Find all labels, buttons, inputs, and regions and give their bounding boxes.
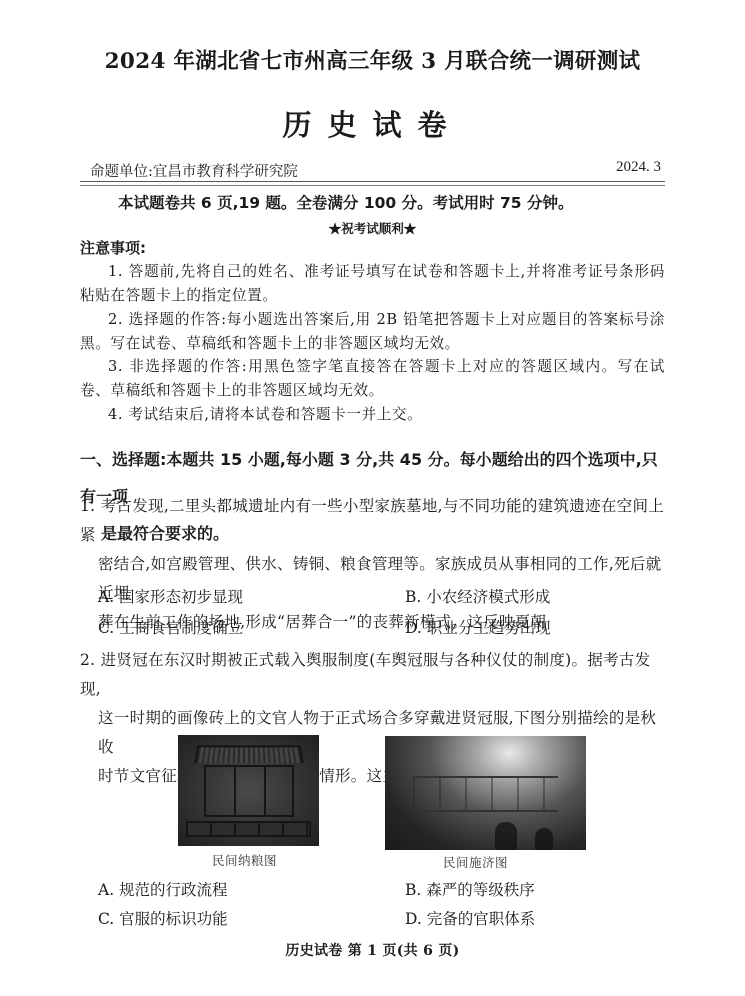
page-footer: 历史试卷 第 1 页(共 6 页) (0, 940, 745, 960)
figure-relief-distribution (385, 736, 586, 850)
q1-option-d: D. 职业分工趋势出现 (405, 616, 551, 638)
exam-info: 本试题卷共 6 页,19 题。全卷满分 100 分。考试用时 75 分钟。 (118, 191, 573, 213)
q2-option-c: C. 官服的标识功能 (98, 907, 228, 929)
question-stem-line: 1. 考古发现,二里头都城遗址内有一些小型家族墓地,与不同功能的建筑遗迹在空间上… (80, 492, 670, 550)
note-item: 2. 选择题的作答:每小题选出答案后,用 2B 铅笔把答题卡上对应题目的答案标号… (80, 308, 665, 355)
q2-option-b: B. 森严的等级秩序 (405, 878, 535, 900)
person-silhouette (535, 828, 553, 850)
question-stem-line: 2. 进贤冠在东汉时期被正式载入舆服制度(车舆冠服与各种仪仗的制度)。据考古发现… (80, 646, 670, 704)
subject-title: 历史试卷 (0, 103, 745, 144)
roof-shape (194, 745, 303, 763)
header-divider (80, 181, 665, 182)
good-luck-banner: ★祝考试顺利★ (0, 219, 745, 237)
exam-title: 2024 年湖北省七市州高三年级 3 月联合统一调研测试 (0, 44, 745, 75)
person-silhouette (495, 822, 517, 850)
figure-caption: 民间施济图 (443, 853, 508, 871)
hall-frame (204, 765, 294, 817)
q1-option-a: A. 国家形态初步显现 (98, 585, 243, 607)
platform-base (186, 821, 311, 837)
figure-grain-tax-relief (178, 735, 319, 846)
q1-option-c: C. 工商食官制度确立 (98, 616, 243, 638)
author-unit: 命题单位:宜昌市教育科学研究院 (90, 160, 298, 181)
q1-option-b: B. 小农经济模式形成 (405, 585, 550, 607)
granary-beam (413, 776, 558, 812)
notes-heading: 注意事项: (80, 237, 146, 258)
q2-option-d: D. 完备的官职体系 (405, 907, 535, 929)
header-divider (80, 185, 665, 186)
note-item: 1. 答题前,先将自己的姓名、准考证号填写在试卷和答题卡上,并将准考证号条形码粘… (80, 260, 665, 307)
note-item: 3. 非选择题的作答:用黑色签字笔直接答在答题卡上对应的答题区域内。写在试卷、草… (80, 355, 665, 402)
note-item: 4. 考试结束后,请将本试卷和答题卡一并上交。 (80, 403, 665, 427)
exam-date: 2024. 3 (616, 159, 661, 176)
q2-option-a: A. 规范的行政流程 (98, 878, 228, 900)
figure-caption: 民间纳粮图 (212, 851, 277, 869)
